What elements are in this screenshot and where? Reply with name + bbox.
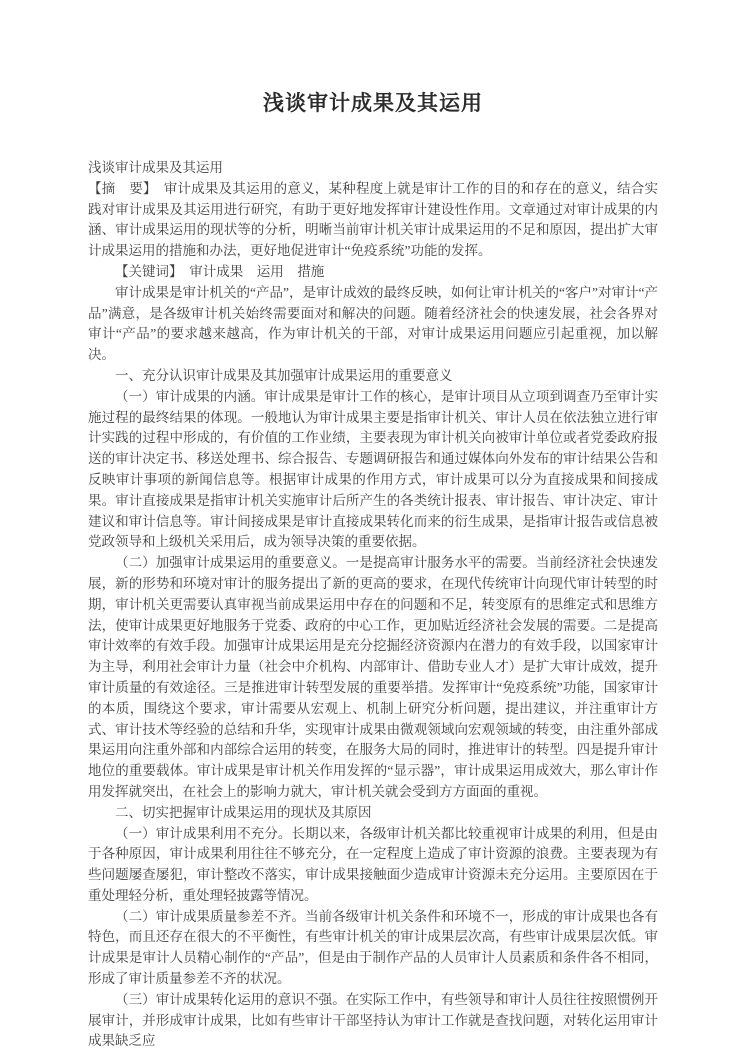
- abstract-paragraph: 【摘 要】 审计成果及其运用的意义，某种程度上就是审计工作的目的和存在的意义，结…: [88, 179, 658, 262]
- body-paragraph: （二）审计成果质量参差不齐。当前各级审计机关条件和环境不一，形成的审计成果也各有…: [88, 907, 658, 990]
- document-body: 浅谈审计成果及其运用 【摘 要】 审计成果及其运用的意义，某种程度上就是审计工作…: [88, 158, 658, 1052]
- keywords-text: 审计成果 运用 措施: [189, 264, 324, 279]
- keywords-line: 【关键词】 审计成果 运用 措施: [88, 262, 658, 283]
- document-page: 浅谈审计成果及其运用 浅谈审计成果及其运用 【摘 要】 审计成果及其运用的意义，…: [0, 0, 744, 1052]
- abstract-text: 审计成果及其运用的意义，某种程度上就是审计工作的目的和存在的意义，结合实践对审计…: [88, 181, 658, 258]
- body-paragraph: （一）审计成果利用不充分。长期以来，各级审计机关都比较重视审计成果的利用，但是由…: [88, 824, 658, 907]
- body-paragraph: （二）加强审计成果运用的重要意义。一是提高审计服务水平的需要。当前经济社会快速发…: [88, 553, 658, 803]
- subtitle-line: 浅谈审计成果及其运用: [88, 158, 658, 179]
- keywords-label: 【关键词】: [115, 264, 189, 279]
- body-paragraph: 审计成果是审计机关的“产品”，是审计成效的最终反映，如何让审计机关的“客户”对审…: [88, 283, 658, 366]
- body-paragraph-truncated: （三）审计成果转化运用的意识不强。在实际工作中，有些领导和审计人员往往按照惯例开…: [88, 990, 658, 1052]
- document-title: 浅谈审计成果及其运用: [88, 88, 658, 118]
- section-heading: 一、充分认识审计成果及其加强审计成果运用的重要意义: [88, 366, 658, 387]
- body-paragraph: （一）审计成果的内涵。审计成果是审计工作的核心，是审计项目从立项到调查乃至审计实…: [88, 387, 658, 553]
- abstract-label: 【摘 要】: [88, 181, 164, 196]
- section-heading: 二、切实把握审计成果运用的现状及其原因: [88, 803, 658, 824]
